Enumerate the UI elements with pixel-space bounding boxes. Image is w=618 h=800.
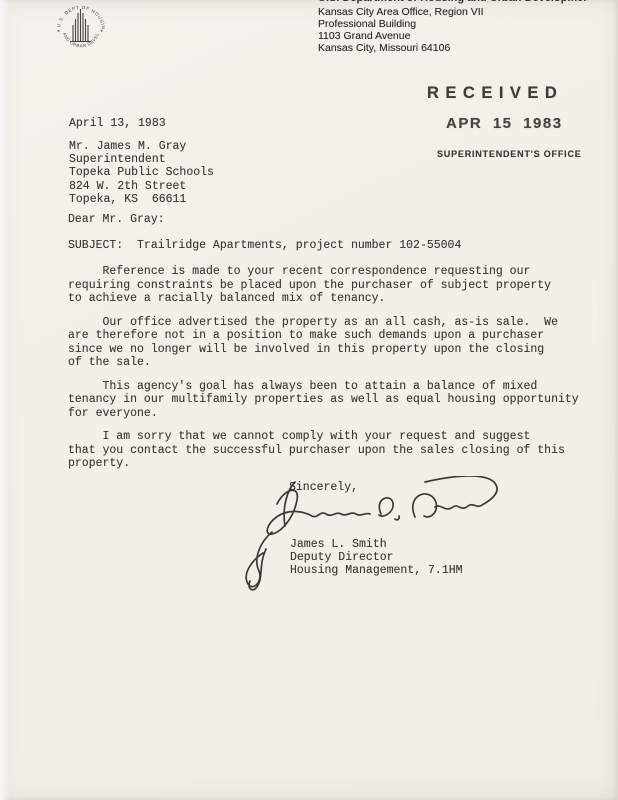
- letter-body: Dear Mr. Gray: SUBJECT: Trailridge Apart…: [68, 213, 598, 471]
- signer-name: James L. Smith: [290, 538, 463, 551]
- recipient-street: 824 W. 2th Street: [69, 180, 214, 193]
- seal-building-icon: [70, 9, 91, 42]
- received-stamp-office: SUPERINTENDENT'S OFFICE: [437, 149, 582, 159]
- signer-title: Deputy Director: [290, 551, 463, 564]
- svg-text:U.S. DEPT OF HOUSING: U.S. DEPT OF HOUSING: [48, 0, 106, 30]
- recipient-city: Topeka, KS 66611: [69, 193, 214, 206]
- letterhead-street-line: 1103 Grand Avenue: [318, 31, 484, 43]
- recipient-name: Mr. James M. Gray: [69, 140, 214, 153]
- letter-date: April 13, 1983: [69, 117, 166, 130]
- paragraph-2: Our office advertised the property as an…: [68, 316, 598, 370]
- paragraph-1: Reference is made to your recent corresp…: [68, 265, 598, 306]
- letterhead-address-block: Kansas City Area Office, Region VII Prof…: [318, 7, 484, 55]
- recipient-organization: Topeka Public Schools: [69, 166, 214, 179]
- letterhead-dept-line-clipped: U.S. Department of Housing and Urban Dev…: [318, 0, 588, 5]
- seal-text-top: U.S. DEPT OF HOUSING: [48, 0, 106, 30]
- scan-noise-speckles: [0, 0, 1, 1]
- received-stamp-text: RECEIVED: [427, 84, 563, 103]
- recipient-address-block: Mr. James M. Gray Superintendent Topeka …: [69, 140, 214, 206]
- signer-block: James L. Smith Deputy Director Housing M…: [290, 538, 463, 578]
- paragraph-4: I am sorry that we cannot comply with yo…: [68, 430, 598, 471]
- signer-office: Housing Management, 7.1HM: [290, 564, 463, 577]
- recipient-title: Superintendent: [69, 153, 214, 166]
- paragraph-3: This agency's goal has always been to at…: [68, 380, 598, 421]
- hud-seal-icon: U.S. DEPT OF HOUSING AND URBAN DEVELOPME…: [48, 0, 114, 61]
- subject-line: SUBJECT: Trailridge Apartments, project …: [68, 239, 598, 253]
- letterhead-city-line: Kansas City, Missouri 64106: [318, 43, 484, 55]
- salutation: Dear Mr. Gray:: [68, 213, 598, 227]
- seal-star-right-icon: ★: [100, 28, 103, 34]
- received-stamp-date: APR 15 1983: [446, 115, 563, 132]
- scanned-letter-page: U.S. DEPT OF HOUSING AND URBAN DEVELOPME…: [0, 0, 618, 800]
- seal-star-left-icon: ★: [57, 28, 60, 34]
